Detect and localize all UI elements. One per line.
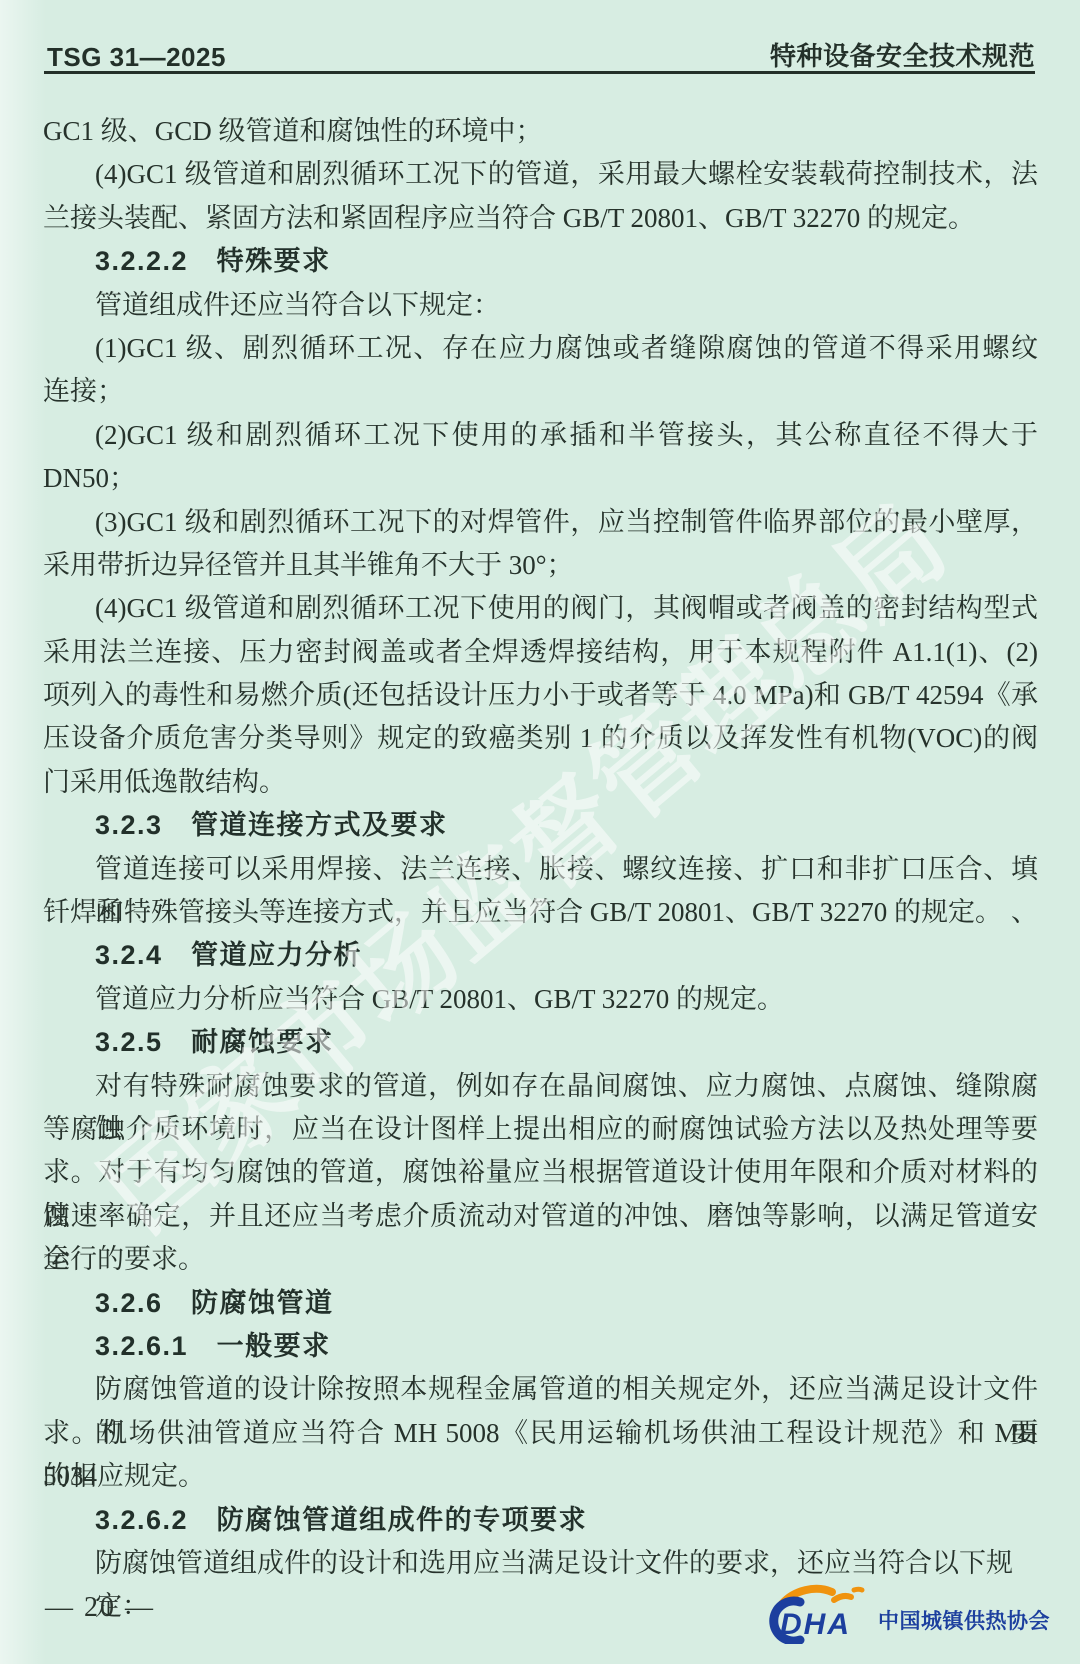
document-line: 3.2.5 耐腐蚀要求 [43, 1021, 1038, 1064]
dha-logo-mark: DHA [754, 1582, 872, 1644]
document-line: 管道连接可以采用焊接、法兰连接、胀接、螺纹连接、扩口和非扩口压合、填函、 [43, 848, 1038, 891]
document-line: 管道组成件还应当符合以下规定： [43, 284, 1038, 327]
document-line: 门采用低逸散结构。 [43, 761, 1038, 804]
document-line: (2)GC1 级和剧烈循环工况下使用的承插和半管接头，其公称直径不得大于 [43, 414, 1038, 457]
association-name: 中国城镇供热协会 [878, 1591, 1050, 1635]
document-line: 防腐蚀管道的设计除按照本规程金属管道的相关规定外，还应当满足设计文件的要 [43, 1368, 1038, 1411]
page-number: — 20 — [45, 1592, 155, 1624]
document-line: 连接； [43, 370, 1038, 413]
document-line: 管道应力分析应当符合 GB/T 20801、GB/T 32270 的规定。 [43, 978, 1038, 1021]
document-line: (3)GC1 级和剧烈循环工况下的对焊管件，应当控制管件临界部位的最小壁厚， [43, 501, 1038, 544]
document-line: 钎焊和特殊管接头等连接方式，并且应当符合 GB/T 20801、GB/T 322… [43, 891, 1038, 934]
document-line: 兰接头装配、紧固方法和紧固程序应当符合 GB/T 20801、GB/T 3227… [43, 197, 1038, 240]
header-doc-code: TSG 31—2025 [47, 42, 226, 73]
page-header: TSG 31—2025 特种设备安全技术规范 [47, 36, 1035, 73]
document-line: 采用法兰连接、压力密封阀盖或者全焊透焊接结构，用于本规程附件 A1.1(1)、(… [43, 631, 1038, 674]
association-logo: DHA 中国城镇供热协会 [754, 1582, 1050, 1644]
document-line: 3.2.6.2 防腐蚀管道组成件的专项要求 [43, 1499, 1038, 1542]
dha-letters: DHA [780, 1608, 851, 1641]
document-line: (4)GC1 级管道和剧烈循环工况下使用的阀门，其阀帽或者阀盖的密封结构型式 [43, 587, 1038, 630]
document-line: 对有特殊耐腐蚀要求的管道，例如存在晶间腐蚀、应力腐蚀、点腐蚀、缝隙腐蚀 [43, 1065, 1038, 1108]
document-line: 等腐蚀介质环境时，应当在设计图样上提出相应的耐腐蚀试验方法以及热处理等要 [43, 1108, 1038, 1151]
document-line: 运行的要求。 [43, 1238, 1038, 1281]
document-line: 求。机场供油管道应当符合 MH 5008《民用运输机场供油工程设计规范》和 MH… [43, 1412, 1038, 1455]
document-line: 防腐蚀管道组成件的设计和选用应当满足设计文件的要求，还应当符合以下规定： [43, 1542, 1038, 1585]
document-line: 3.2.6.1 一般要求 [43, 1325, 1038, 1368]
document-line: (4)GC1 级管道和剧烈循环工况下的管道，采用最大螺栓安装载荷控制技术，法 [43, 153, 1038, 196]
header-rule [44, 71, 1035, 74]
document-line: 压设备介质危害分类导则》规定的致癌类别 1 的介质以及挥发性有机物(VOC)的阀 [43, 717, 1038, 760]
header-doc-title: 特种设备安全技术规范 [770, 36, 1035, 73]
document-line: 的相应规定。 [43, 1455, 1038, 1498]
document-line: 3.2.6 防腐蚀管道 [43, 1282, 1038, 1325]
scan-edge-highlight [0, 0, 46, 1664]
document-line: GC1 级、GCD 级管道和腐蚀性的环境中； [43, 110, 1038, 153]
document-line: 3.2.3 管道连接方式及要求 [43, 804, 1038, 847]
document-line: 3.2.4 管道应力分析 [43, 934, 1038, 977]
document-line: DN50； [43, 457, 1038, 500]
document-line: 蚀速率确定，并且还应当考虑介质流动对管道的冲蚀、磨蚀等影响，以满足管道安全 [43, 1195, 1038, 1238]
document-line: 求。对于有均匀腐蚀的管道，腐蚀裕量应当根据管道设计使用年限和介质对材料的腐 [43, 1151, 1038, 1194]
document-line: 3.2.2.2 特殊要求 [43, 240, 1038, 283]
document-line: 项列入的毒性和易燃介质(还包括设计压力小于或者等于 4.0 MPa)和 GB/T… [43, 674, 1038, 717]
document-body: GC1 级、GCD 级管道和腐蚀性的环境中；(4)GC1 级管道和剧烈循环工况下… [43, 110, 1038, 1585]
document-line: 采用带折边异径管并且其半锥角不大于 30°； [43, 544, 1038, 587]
document-line: (1)GC1 级、剧烈循环工况、存在应力腐蚀或者缝隙腐蚀的管道不得采用螺纹 [43, 327, 1038, 370]
document-page: TSG 31—2025 特种设备安全技术规范 GC1 级、GCD 级管道和腐蚀性… [0, 0, 1080, 1664]
